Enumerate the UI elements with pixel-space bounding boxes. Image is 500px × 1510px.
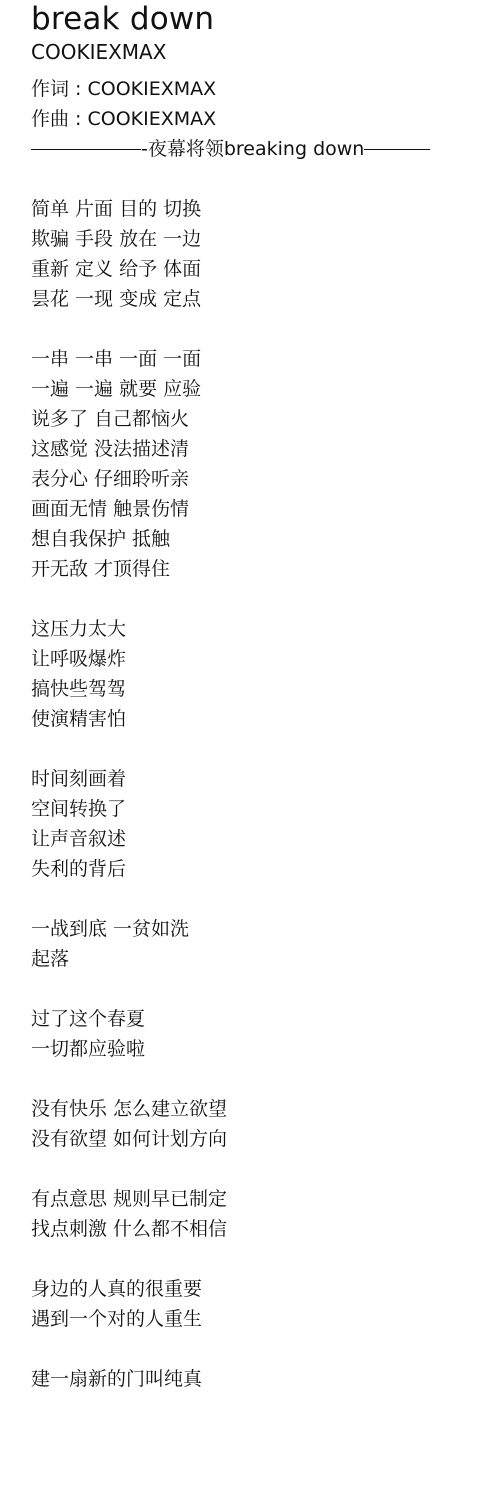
stanza: 这压力太大 让呼吸爆炸 搞快些驾驾 使演精害怕 — [31, 614, 500, 734]
lyric-line: 没有快乐 怎么建立欲望 — [31, 1094, 500, 1124]
lyric-line: 有点意思 规则早已制定 — [31, 1184, 500, 1214]
stanza: 建一扇新的门叫纯真 — [31, 1364, 500, 1394]
divider-rule-right — [364, 149, 430, 150]
stanza: 过了这个春夏 一切都应验啦 — [31, 1004, 500, 1064]
lyric-line: 说多了 自己都恼火 — [31, 404, 500, 434]
divider-text: -夜幕将领breaking down — [141, 134, 364, 164]
stanza: 一串 一串 一面 一面 一遍 一遍 就要 应验 说多了 自己都恼火 这感觉 没法… — [31, 344, 500, 584]
credits: 作词 : COOKIEXMAX 作曲 : COOKIEXMAX -夜幕将领bre… — [31, 74, 500, 164]
lyric-line: 这感觉 没法描述清 — [31, 434, 500, 464]
lyric-line: 失利的背后 — [31, 854, 500, 884]
lyric-line: 身边的人真的很重要 — [31, 1274, 500, 1304]
lyrics-page: break down COOKIEXMAX 作词 : COOKIEXMAX 作曲… — [0, 0, 500, 1394]
lyric-line: 过了这个春夏 — [31, 1004, 500, 1034]
composer-credit: 作曲 : COOKIEXMAX — [31, 104, 500, 134]
lyrics-body: 简单 片面 目的 切换 欺骗 手段 放在 一边 重新 定义 给予 体面 昙花 一… — [31, 194, 500, 1394]
lyric-line: 表分心 仔细聆听亲 — [31, 464, 500, 494]
lyric-line: 简单 片面 目的 切换 — [31, 194, 500, 224]
lyricist-credit: 作词 : COOKIEXMAX — [31, 74, 500, 104]
lyric-line: 画面无情 触景伤情 — [31, 494, 500, 524]
lyric-line: 重新 定义 给予 体面 — [31, 254, 500, 284]
stanza: 时间刻画着 空间转换了 让声音叙述 失利的背后 — [31, 764, 500, 884]
lyric-line: 遇到一个对的人重生 — [31, 1304, 500, 1334]
stanza: 身边的人真的很重要 遇到一个对的人重生 — [31, 1274, 500, 1334]
lyric-line: 欺骗 手段 放在 一边 — [31, 224, 500, 254]
lyric-line: 空间转换了 — [31, 794, 500, 824]
lyric-line: 一切都应验啦 — [31, 1034, 500, 1064]
stanza: 一战到底 一贫如洗 起落 — [31, 914, 500, 974]
lyric-line: 一遍 一遍 就要 应验 — [31, 374, 500, 404]
section-divider: -夜幕将领breaking down — [31, 134, 440, 164]
stanza: 有点意思 规则早已制定 找点刺激 什么都不相信 — [31, 1184, 500, 1244]
lyric-line: 找点刺激 什么都不相信 — [31, 1214, 500, 1244]
lyric-line: 一串 一串 一面 一面 — [31, 344, 500, 374]
lyric-line: 建一扇新的门叫纯真 — [31, 1364, 500, 1394]
lyric-line: 没有欲望 如何计划方向 — [31, 1124, 500, 1154]
lyric-line: 一战到底 一贫如洗 — [31, 914, 500, 944]
lyric-line: 昙花 一现 变成 定点 — [31, 284, 500, 314]
lyric-line: 开无敌 才顶得住 — [31, 554, 500, 584]
lyric-line: 让呼吸爆炸 — [31, 644, 500, 674]
song-artist: COOKIEXMAX — [31, 38, 500, 66]
lyric-line: 这压力太大 — [31, 614, 500, 644]
divider-rule-left — [31, 149, 141, 150]
lyric-line: 搞快些驾驾 — [31, 674, 500, 704]
lyric-line: 使演精害怕 — [31, 704, 500, 734]
song-title: break down — [31, 0, 500, 38]
stanza: 没有快乐 怎么建立欲望 没有欲望 如何计划方向 — [31, 1094, 500, 1154]
lyric-line: 想自我保护 抵触 — [31, 524, 500, 554]
stanza: 简单 片面 目的 切换 欺骗 手段 放在 一边 重新 定义 给予 体面 昙花 一… — [31, 194, 500, 314]
lyric-line: 起落 — [31, 944, 500, 974]
lyric-line: 让声音叙述 — [31, 824, 500, 854]
lyric-line: 时间刻画着 — [31, 764, 500, 794]
